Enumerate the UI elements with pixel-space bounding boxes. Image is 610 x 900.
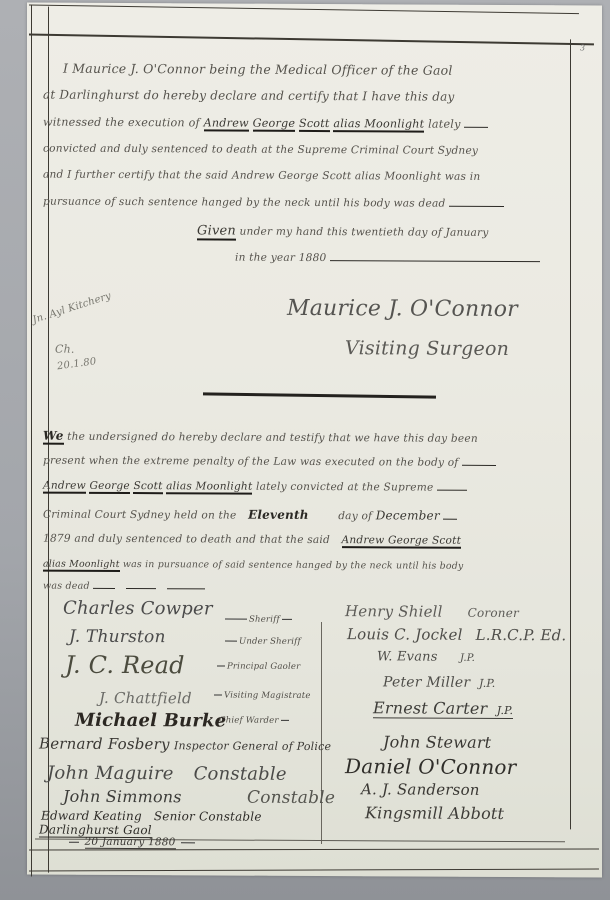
section-divider — [203, 392, 436, 398]
signature-oconnor: Daniel O'Connor — [345, 754, 516, 779]
certificate-line-6: pursuance of such sentence hanged by the… — [43, 196, 504, 210]
margin-note-ch: Ch. — [55, 343, 75, 356]
declaration-line-4: Criminal Court Sydney held on the Eleven… — [43, 507, 457, 523]
left-margin-outer — [31, 5, 32, 877]
signature-visiting-magistrate: J. Chattfield — [99, 689, 192, 707]
declaration-line-7: was dead — [43, 581, 205, 593]
year-line: in the year 1880 — [235, 252, 540, 266]
signature-principal-gaoler: J. C. Read — [65, 651, 185, 680]
page-number: 3 — [580, 43, 585, 52]
right-margin-rule — [570, 39, 571, 829]
title-sheriff: Sheriff — [223, 615, 294, 625]
court-day: Eleventh — [248, 508, 309, 522]
certificate-line-4: convicted and duly sentenced to death at… — [43, 143, 478, 157]
certificate-line-5: and I further certify that the said Andr… — [43, 169, 480, 183]
declaration-line-6: alias Moonlight was in pursuance of said… — [43, 559, 463, 572]
signature-stewart: John Stewart — [383, 732, 491, 752]
signature-sanderson: A. J. Sanderson — [361, 780, 480, 799]
signature-coroner: Henry Shiell Coroner — [345, 602, 519, 621]
condemned-alias: alias Moonlight — [333, 117, 424, 132]
signature-jockel: Louis C. Jockel L.R.C.P. Ed. — [347, 625, 566, 644]
said-name: Andrew George Scott — [342, 534, 462, 549]
top-border-rule — [29, 5, 579, 15]
declaration-line-1: We the undersigned do hereby declare and… — [43, 429, 478, 445]
signature-inspector-general: Bernard Fosbery Inspector General of Pol… — [39, 735, 331, 755]
signature-sheriff: Charles Cowper — [63, 598, 213, 620]
condemned-name-last: Scott — [299, 117, 330, 132]
signature-under-sheriff: J. Thurston — [69, 627, 166, 648]
signature-abbott: Kingsmill Abbott — [365, 803, 504, 823]
footer-rule-2 — [29, 869, 599, 872]
signature-constable-simmons: John Simmons Constable — [63, 787, 335, 808]
surgeon-signature: Maurice J. O'Connor — [287, 296, 518, 322]
gaol-date: 20 January 1880 — [67, 836, 197, 849]
given-line: Given under my hand this twentieth day o… — [197, 223, 489, 240]
margin-note-initials: Jn. Ayl Kitchery — [31, 291, 112, 326]
signature-constable-maguire: John Maguire Constable — [47, 763, 287, 785]
signature-senior-constable: Edward Keating Senior Constable — [41, 809, 262, 824]
said-alias: alias Moonlight — [43, 559, 120, 572]
given-word: Given — [197, 223, 236, 240]
declaration-line-5: 1879 and duly sentenced to death and tha… — [43, 533, 461, 547]
court-month: December — [376, 508, 440, 522]
condemned-name-first: Andrew — [204, 116, 249, 131]
certificate-line-3: witnessed the execution of Andrew George… — [43, 116, 488, 131]
certificate-line-1: I Maurice J. O'Connor being the Medical … — [63, 61, 453, 78]
declaration-line-2: present when the extreme penalty of the … — [43, 455, 496, 469]
declaration-line-3: Andrew George Scott alias Moonlight late… — [43, 480, 467, 494]
signature-evans: W. Evans J.P. — [377, 649, 475, 665]
surgeon-title: Visiting Surgeon — [345, 337, 509, 360]
certificate-line-2: at Darlinghurst do hereby declare and ce… — [43, 88, 454, 104]
title-principal-gaoler: Principal Gaoler — [215, 661, 300, 671]
title-chief-warder: Chief Warder — [219, 715, 291, 725]
signature-miller: Peter Miller J.P. — [383, 674, 495, 691]
signature-carter: Ernest Carter J.P. — [373, 698, 513, 719]
signature-column-divider — [321, 622, 322, 844]
margin-note-date: 20.1.80 — [56, 356, 97, 372]
title-visiting-magistrate: Visiting Magistrate — [212, 690, 311, 701]
we-word: We — [43, 429, 64, 445]
signature-chief-warder: Michael Burke — [75, 710, 226, 732]
header-rule — [29, 34, 594, 45]
document-page: 3 I Maurice J. O'Connor being the Medica… — [27, 2, 602, 877]
condemned-name-middle: George — [253, 117, 296, 132]
title-under-sheriff: Under Sheriff — [223, 637, 301, 647]
